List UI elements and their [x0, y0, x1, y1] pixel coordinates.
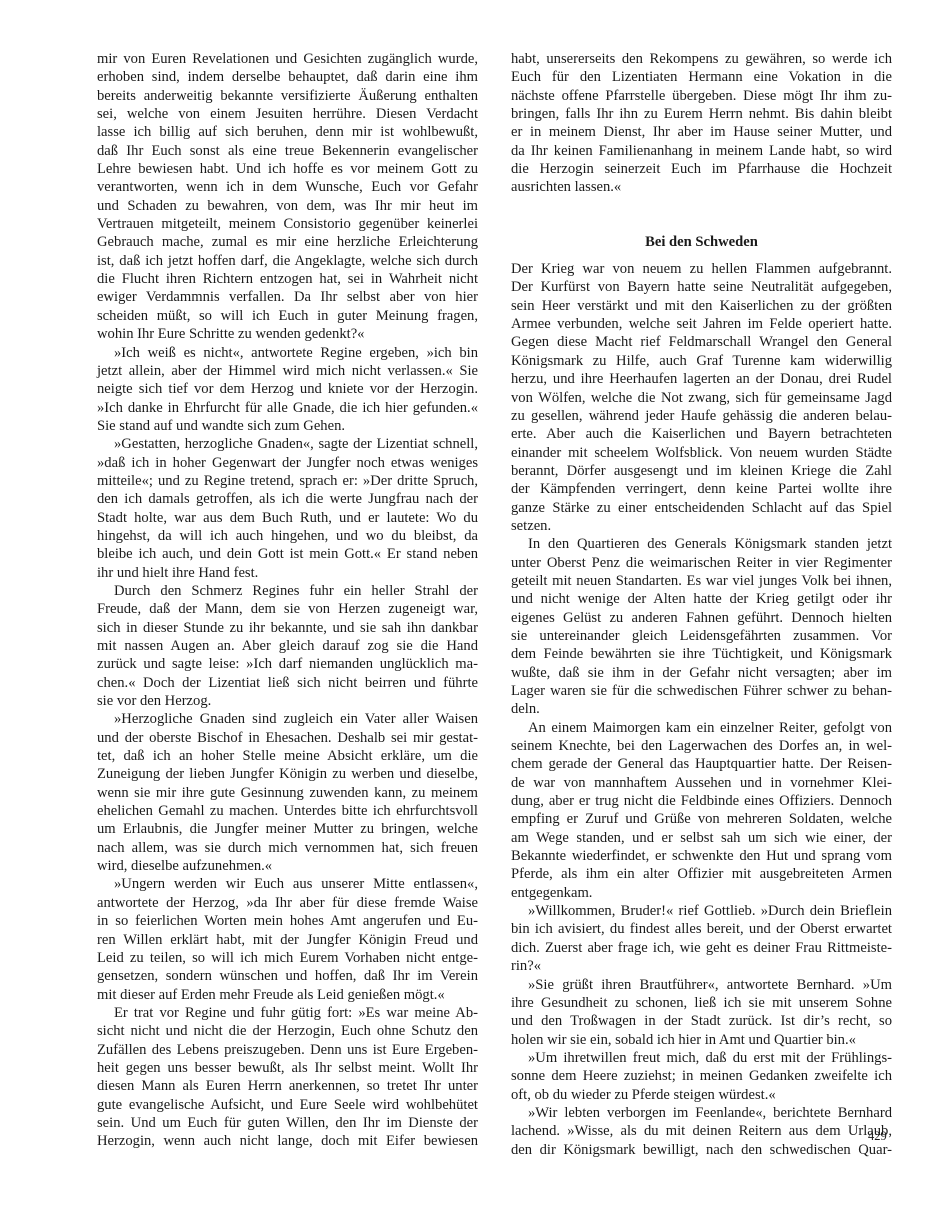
text-line: ganze Stärke zu einer entscheidenden Sch… [511, 499, 892, 517]
text-line: von Wölfen, welche die Not zwang, sich f… [511, 389, 892, 407]
left-column: mir von Euren Revelationen und Gesichten… [97, 50, 478, 1151]
text-line: lasse ich billig auf sich beruhen, denn … [97, 123, 478, 141]
text-line: und den Troßwagen in der Stadt zurück. I… [511, 1012, 892, 1030]
text-line: Euch für den Lizentiaten Hermann eine Vo… [511, 68, 892, 86]
text-line: dich. Zuerst aber frage ich, wie geht es… [511, 939, 892, 957]
text-line: und der oberste Bischof in Ehesachen. De… [97, 729, 478, 747]
text-line: die Herzogin seinerzeit Euch im Pfarrhau… [511, 160, 892, 178]
text-line: »Willkommen, Bruder!« rief Gottlieb. »Du… [511, 902, 892, 920]
text-line: entgegenkam. [511, 884, 892, 902]
text-line: »Ich danke in Ehrfurcht für alle Gnade, … [97, 399, 478, 417]
text-line: mit nassen Augen an. Aber gleich darauf … [97, 637, 478, 655]
text-line: Lehre bewiesen habt. Und ich hoffe es vo… [97, 160, 478, 178]
text-line: Zufällen des Lebens preiszugeben. Denn u… [97, 1041, 478, 1059]
text-line: die Flucht ihren Richtern entzogen hat, … [97, 270, 478, 288]
text-line: setzen. [511, 517, 892, 535]
text-line: scheiden müßt, so will ich Euch in guter… [97, 307, 478, 325]
text-line: Zuneigung der lieben Jungfer Königin zu … [97, 765, 478, 783]
text-line: Der Kurfürst von Bayern hatte seine Neut… [511, 278, 892, 296]
text-line: herzu, und ihre Heerhaufen lagerten an d… [511, 370, 892, 388]
text-line: bin ich avisiert, du findest alles berei… [511, 920, 892, 938]
text-line: dung, aber er trug nicht die Feldbinde e… [511, 792, 892, 810]
right-column: habt, unsererseits den Rekompens zu gewä… [511, 50, 892, 1159]
text-line: chem gerade der General das Hauptquartie… [511, 755, 892, 773]
text-line: tet, daß ich an hoher Stelle meine Absic… [97, 747, 478, 765]
text-line: jetzt allein, aber der Himmel wird mich … [97, 362, 478, 380]
text-line: Durch den Schmerz Regines fuhr ein helle… [97, 582, 478, 600]
text-line: daß Ihr Euch sonst als eine treue Bekenn… [97, 142, 478, 160]
text-line: Sie stand auf und wandte sich zum Gehen. [97, 417, 478, 435]
text-line: holen wir sie ein, sobald ich hier in Am… [511, 1031, 892, 1049]
text-line: unter Oberst Penz die weimarischen Reite… [511, 554, 892, 572]
text-line: sein Heer verstärkt und mit den Kaiserli… [511, 297, 892, 315]
text-line: »Gestatten, herzogliche Gnaden«, sagte d… [97, 435, 478, 453]
text-line: verantworten, wenn ich in dem Wunsche, E… [97, 178, 478, 196]
text-line: Der Krieg war von neuem zu hellen Flamme… [511, 260, 892, 278]
text-line: ehelichen Gemahl zu machen. Unterdes bit… [97, 802, 478, 820]
text-line: nächste offene Pfarrstelle übergeben. Di… [511, 87, 892, 105]
text-line: wohin Ihr Eure Schritte zu wenden gedenk… [97, 325, 478, 343]
text-line: ist, daß ich jetzt hoffen darf, die Ange… [97, 252, 478, 270]
text-line: diesen Mann als Euren Herrn anerkennen, … [97, 1077, 478, 1095]
text-line: sie untereinander gleich Leidensgefährte… [511, 627, 892, 645]
text-line: dem Feinde bewährten sie ihre Tüchtigkei… [511, 645, 892, 663]
text-line: Pferde, als ihm ein alter Offizier mit a… [511, 865, 892, 883]
text-line: »daß ich in hoher Gegenwart der Jungfer … [97, 454, 478, 472]
text-line: »Um ihretwillen freut mich, daß du erst … [511, 1049, 892, 1067]
text-line: rin?« [511, 957, 892, 975]
text-line: »Herzogliche Gnaden sind zugleich ein Va… [97, 710, 478, 728]
text-line: Gegen diese Macht rief Feldmarschall Wra… [511, 333, 892, 351]
text-line: heit gegen uns besser bewußt, als Ihr se… [97, 1059, 478, 1077]
text-line: da Ihr keinen Familienanhang in meinem L… [511, 142, 892, 160]
text-line: »Wir lebten verborgen im Feenlande«, ber… [511, 1104, 892, 1122]
section-body-text: Der Krieg war von neuem zu hellen Flamme… [511, 260, 892, 1159]
text-line: in so feierlichen Worten mein hohes Amt … [97, 912, 478, 930]
text-line: sei, welche von einem Jesuiten herrühre.… [97, 105, 478, 123]
text-line: antwortete der Herzog, »da Ihr aber für … [97, 894, 478, 912]
text-line: Königsmark zu Hilfe, auch Graf Turenne k… [511, 352, 892, 370]
text-line: neigte sich tief vor dem Herzog und knie… [97, 380, 478, 398]
text-line: um Erlaubnis, die Jungfer meiner Mutter … [97, 820, 478, 838]
text-line: der Kämpfenden verringert, denn keine Pa… [511, 480, 892, 498]
text-line: Bekannte wiederfindet, er schwenkte den … [511, 847, 892, 865]
text-line: In den Quartieren des Generals Königsmar… [511, 535, 892, 553]
text-line: Armee verbunden, welche seit Jahren im F… [511, 315, 892, 333]
text-line: An einem Maimorgen kam ein einzelner Rei… [511, 719, 892, 737]
text-line: Leid zu teilen, so will ich mich Eurem V… [97, 949, 478, 967]
text-line: wenn sie mir ihre gute Gesinnung zuwende… [97, 784, 478, 802]
text-line: »Ich weiß es nicht«, antwortete Regine e… [97, 344, 478, 362]
text-line: und nicht wenige der Alten hatte der Kri… [511, 590, 892, 608]
text-line: erte. Aber auch die Kaiserlichen und Bay… [511, 425, 892, 443]
text-line: gensetzen, sondern wünschen und hoffen, … [97, 967, 478, 985]
text-line: den ich damals getroffen, als ich die we… [97, 490, 478, 508]
text-line: zu gesellen, während jeder Haufe gehässi… [511, 407, 892, 425]
text-line: »Sie grüßt ihren Brautführer«, antwortet… [511, 976, 892, 994]
text-line: den dir Königsmark bewilligt, nach den s… [511, 1141, 892, 1159]
text-line: Lager waren sie für die schwedischen Füh… [511, 682, 892, 700]
text-line: Freude, daß der Mann, dem sie von Herzen… [97, 600, 478, 618]
text-line: habt, unsererseits den Rekompens zu gewä… [511, 50, 892, 68]
text-line: mitteile«; und zu Regine tretend, sprach… [97, 472, 478, 490]
text-line: ausrichten lassen.« [511, 178, 892, 196]
text-line: ihre Gesundheit zu schonen, ließ ich sie… [511, 994, 892, 1012]
text-line: oft, ob du wieder zu Pferde steigen würd… [511, 1086, 892, 1104]
text-line: »Ungern werden wir Euch aus unserer Mitt… [97, 875, 478, 893]
text-line: mir von Euren Revelationen und Gesichten… [97, 50, 478, 68]
text-line: ren Willen erklärt habt, mit der Jungfer… [97, 931, 478, 949]
text-line: sein. Und um Euch für guten Willen, den … [97, 1114, 478, 1132]
text-line: sie vor den Herzog. [97, 692, 478, 710]
text-line: seinem Knechte, bei den Lagerwachen des … [511, 737, 892, 755]
text-line: deln. [511, 700, 892, 718]
text-line: und Schaden zu bewahren, von dem, was Ih… [97, 197, 478, 215]
text-line: er in meinem Dienst, Ihr aber im Hause s… [511, 123, 892, 141]
chapter-ending-text: habt, unsererseits den Rekompens zu gewä… [511, 50, 892, 197]
text-line: berannt, Dörfer ausgesengt und im kleine… [511, 462, 892, 480]
text-line: zurück und sagte leise: »Ich darf nieman… [97, 655, 478, 673]
text-line: geteilt mit neuen Standarten. Es war vie… [511, 572, 892, 590]
text-line: bleibe ich auch, und dein Gott ist mein … [97, 545, 478, 563]
text-line: gute evangelische Aufsicht, und Eure See… [97, 1096, 478, 1114]
text-line: am Wege standen, und er selbst sah um si… [511, 829, 892, 847]
text-line: de war von mannhaftem Aussehen und in vo… [511, 774, 892, 792]
text-line: empfing er Zuruf und Grüße von mehreren … [511, 810, 892, 828]
text-line: ewiger Verdammnis verfallen. Da Ihr selb… [97, 288, 478, 306]
text-line: mit dieser auf Erden mehr Freude als Lei… [97, 986, 478, 1004]
text-line: sonne dem Heere zuziehst; in meinen Geda… [511, 1067, 892, 1085]
text-line: Gebrauch mache, zumal es mir eine herzli… [97, 233, 478, 251]
text-line: einander mit scheelem Wolfsblick. Von ne… [511, 444, 892, 462]
text-line: bringen, falls Ihr ihn zu Eurem Herrn ne… [511, 105, 892, 123]
text-line: erhoben sind, indem derselbe behauptet, … [97, 68, 478, 86]
text-line: ihr und hielt ihre Hand fest. [97, 564, 478, 582]
text-line: sich in dieser Stunde zu ihr bekannte, u… [97, 619, 478, 637]
text-line: hingehst, da will ich auch hingehen, und… [97, 527, 478, 545]
text-line: sicht nicht und nicht die der Herzogin, … [97, 1022, 478, 1040]
text-line: nach allem, was sie durch mich vernommen… [97, 839, 478, 857]
section-heading: Bei den Schweden [511, 233, 892, 251]
text-line: Vertrauen mitgeteilt, meinem Consistorio… [97, 215, 478, 233]
text-line: eigenes Gelüst zu anderen Fahnen geführt… [511, 609, 892, 627]
text-line: Stadt holte, war aus dem Buch Ruth, und … [97, 509, 478, 527]
text-line: chen.« Doch der Lizentiat ließ sich nich… [97, 674, 478, 692]
text-line: lachend. »Wisse, als du mit deinen Reite… [511, 1122, 892, 1140]
text-line: wußte, daß sie ihm in der Gefahr nicht v… [511, 664, 892, 682]
text-line: wird, dieselbe aufzunehmen.« [97, 857, 478, 875]
page-number: 429 [868, 1129, 887, 1144]
text-line: bereits anderweitig bekannte versifizier… [97, 87, 478, 105]
text-line: Er trat vor Regine und fuhr gütig fort: … [97, 1004, 478, 1022]
text-line: Herzogin, wenn auch nicht lange, doch mi… [97, 1132, 478, 1150]
